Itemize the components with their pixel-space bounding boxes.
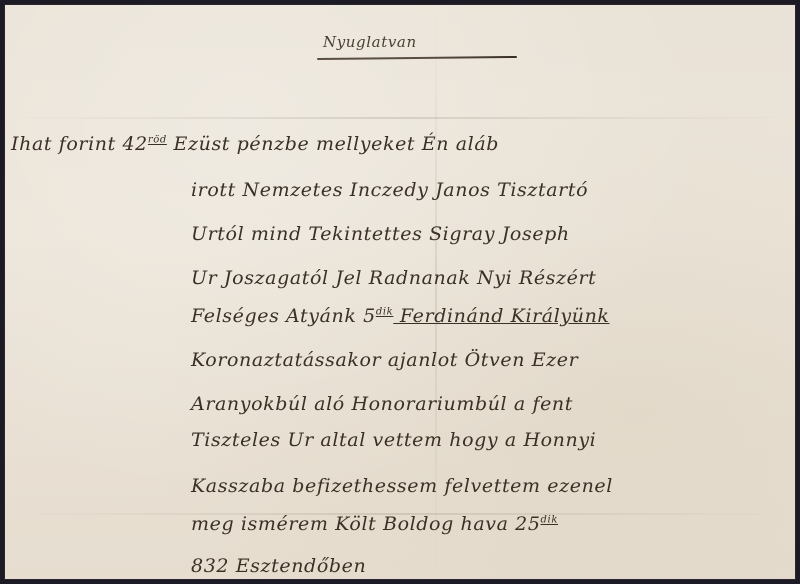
- text-line-7: Aranyokbúl aló Honorariumbúl a fent: [191, 393, 573, 415]
- text-line-9: Kasszaba befizethessem felvettem ezenel: [191, 475, 613, 497]
- line-text: Ezüst pénzbe mellyeket Én aláb: [167, 133, 499, 155]
- superscript: dik: [376, 307, 393, 318]
- text-line-3: Urtól mind Tekintettes Sigray Joseph: [191, 223, 570, 245]
- title-underline: [317, 56, 517, 60]
- line-text: Ihat forint 42: [11, 133, 148, 155]
- text-line-5: Felséges Atyánk 5dik Ferdinánd Királyünk: [191, 305, 610, 327]
- text-line-2: irott Nemzetes Inczedy Janos Tisztartó: [191, 179, 588, 201]
- line-text: Felséges Atyánk 5: [191, 305, 376, 327]
- text-line-8: Tiszteles Ur altal vettem hogy a Honnyi: [191, 429, 596, 451]
- text-line-6: Koronaztatássakor ajanlot Ötven Ezer: [191, 349, 578, 371]
- text-line-10: meg ismérem Költ Boldog hava 25dik: [191, 513, 558, 535]
- letter-page: Nyuglatvan Ihat forint 42röd Ezüst pénzb…: [4, 4, 796, 580]
- superscript: röd: [148, 135, 167, 146]
- text-line-1: Ihat forint 42röd Ezüst pénzbe mellyeket…: [11, 133, 499, 155]
- text-line-11: 832 Esztendőben: [191, 555, 366, 577]
- line-text: meg ismérem Költ Boldog hava 25: [191, 513, 541, 535]
- superscript: dik: [541, 515, 558, 526]
- text-line-4: Ur Joszagatól Jel Radnanak Nyi Részért: [191, 267, 596, 289]
- document-title: Nyuglatvan: [323, 33, 417, 51]
- paper-fold: [5, 117, 795, 119]
- line-text: Ferdinánd Királyünk: [393, 305, 609, 327]
